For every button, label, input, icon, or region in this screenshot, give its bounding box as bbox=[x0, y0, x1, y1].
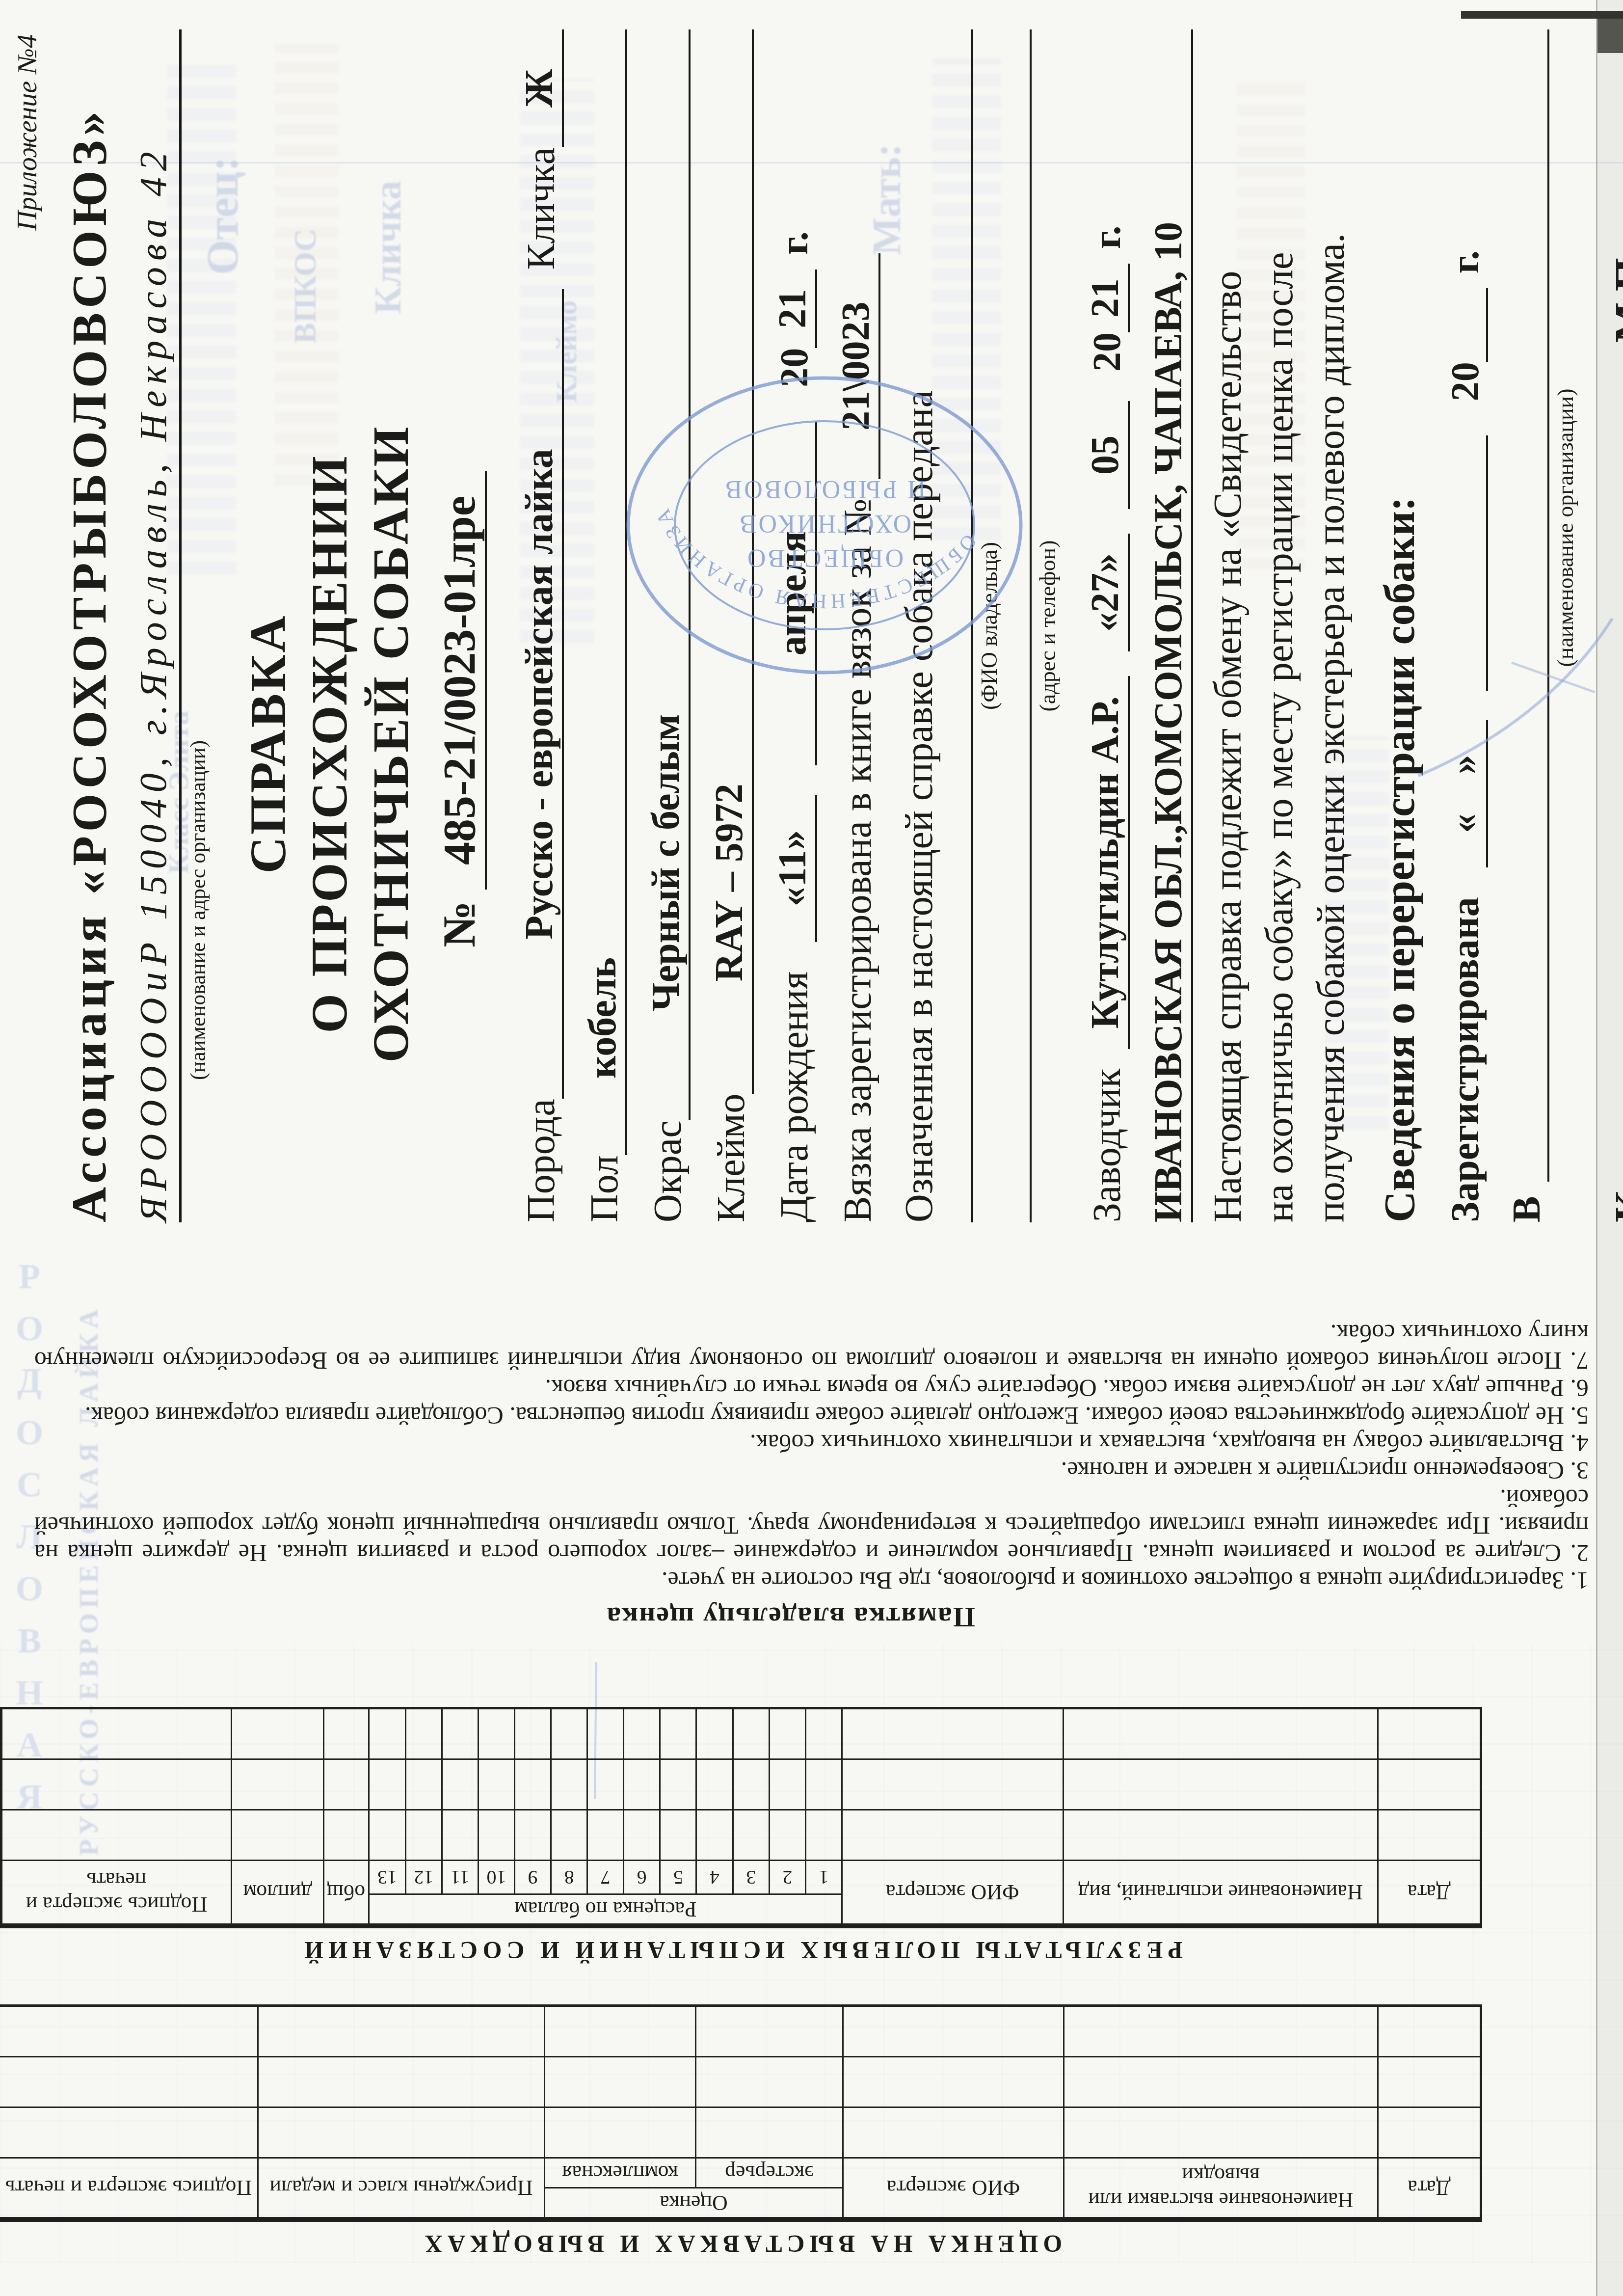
empty-cell bbox=[478, 1810, 514, 1861]
stamp-line1: ОБЩЕСТВО bbox=[745, 544, 904, 572]
empty-cell bbox=[405, 1708, 442, 1759]
empty-cell bbox=[369, 1708, 405, 1759]
empty-cell bbox=[1063, 1759, 1378, 1810]
empty-cell bbox=[696, 2107, 843, 2158]
table-row bbox=[0, 2057, 1481, 2107]
col-exterior: экстерьер bbox=[696, 2158, 843, 2188]
col-expert: ФИО эксперта bbox=[842, 1861, 1063, 1925]
table-row bbox=[1, 1708, 1481, 1759]
empty-cell bbox=[1, 1708, 232, 1759]
col-scores-group: Расценка по баллам bbox=[369, 1894, 842, 1925]
breeder-year-prefix: 20 bbox=[1085, 332, 1130, 401]
empty-cell bbox=[696, 1810, 733, 1861]
empty-cell bbox=[369, 1759, 405, 1810]
score-col-9: 9 bbox=[514, 1861, 551, 1894]
show-grades-table: Дата Наименование выставки или выводки Ф… bbox=[0, 2004, 1482, 2219]
doc-number-sign: № bbox=[434, 901, 485, 947]
score-col-13: 13 bbox=[369, 1861, 405, 1894]
registered-year-prefix: 20 bbox=[1443, 362, 1488, 435]
registered-year-suffix: г. bbox=[1443, 250, 1488, 288]
score-col-2: 2 bbox=[769, 1861, 805, 1894]
empty-cell bbox=[1, 1810, 232, 1861]
breeder-year: 21 bbox=[1083, 264, 1130, 332]
empty-cell bbox=[660, 1708, 696, 1759]
empty-cell bbox=[805, 1810, 842, 1861]
note-line-1: Настоящая справка подлежит обмену на «Св… bbox=[1206, 29, 1251, 1222]
score-col-12: 12 bbox=[405, 1861, 442, 1894]
memo-item-7: 7. После получения собакой оценки на выс… bbox=[34, 1320, 1589, 1375]
empty-cell bbox=[442, 1708, 478, 1759]
memo-item-4: 4. Выставляйте собаку на выводках, выста… bbox=[34, 1430, 1589, 1457]
field-trials-table-panel: РЕЗУЛЬТАТЫ ПОЛЕВЫХ ИСПЫТАНИЙ И СОСТЯЗАНИ… bbox=[0, 1652, 1482, 1972]
col-date: Дата bbox=[1378, 2158, 1481, 2218]
empty-cell bbox=[842, 1759, 1063, 1810]
col-event: Наименование испытаний, вид bbox=[1063, 1861, 1378, 1925]
col-total: общ bbox=[324, 1861, 369, 1925]
empty-cell bbox=[842, 1810, 1063, 1861]
empty-cell bbox=[696, 1708, 733, 1759]
empty-cell bbox=[324, 1759, 369, 1810]
col-signature: Подпись эксперта и печать bbox=[1, 1861, 232, 1925]
empty-cell bbox=[660, 1810, 696, 1861]
col-date: Дата bbox=[1378, 1861, 1481, 1925]
empty-cell bbox=[231, 1708, 323, 1759]
memo-item-1: 1. Зарегистрируйте щенка в обществе охот… bbox=[34, 1567, 1589, 1594]
note-line-3: получения собакой оценки экстерьера и по… bbox=[1309, 29, 1354, 1222]
doc-number-line: № 485-21/0023-01лре bbox=[433, 29, 486, 947]
empty-cell bbox=[696, 1759, 733, 1810]
field-trials-table: Дата Наименование испытаний, вид ФИО экс… bbox=[0, 1707, 1482, 1926]
empty-cell bbox=[231, 1810, 323, 1861]
empty-cell bbox=[733, 1810, 769, 1861]
memo-item-6: 6. Раньше двух лет не допускайте вязки с… bbox=[34, 1375, 1589, 1402]
color-label: Окрас bbox=[646, 1120, 691, 1222]
empty-cell bbox=[587, 1708, 624, 1759]
breeder-row: Заводчик Кутлугильдин А.Р. «27» 05 20 21… bbox=[1083, 29, 1130, 1222]
empty-cell bbox=[733, 1759, 769, 1810]
stamp-line2: ОХОТНИКОВ bbox=[738, 510, 911, 538]
empty-cell bbox=[1378, 1810, 1481, 1861]
empty-cell bbox=[0, 2107, 258, 2158]
col-signature: Подпись эксперта и печать bbox=[0, 2158, 258, 2218]
empty-cell bbox=[1063, 1708, 1378, 1759]
empty-cell bbox=[405, 1759, 442, 1810]
empty-cell bbox=[369, 1810, 405, 1861]
empty-cell bbox=[442, 1759, 478, 1810]
empty-cell bbox=[733, 1708, 769, 1759]
empty-cell bbox=[769, 1708, 805, 1759]
memo-item-5: 5. Не допускайте бродяжничества своей со… bbox=[34, 1402, 1589, 1430]
col-expert: ФИО эксперта bbox=[843, 2158, 1064, 2218]
note-line-2: на охотничью собаку» по месту регистраци… bbox=[1257, 29, 1302, 1222]
empty-cell bbox=[624, 1810, 660, 1861]
empty-cell bbox=[0, 2057, 258, 2107]
show-grades-table-panel: ОЦЕНКА НА ВЫСТАВКАХ И ВЫВОДКАХ Дата Наим… bbox=[0, 1977, 1482, 2265]
doc-title-line2: О ПРОИСХОЖДЕНИИ bbox=[300, 265, 359, 1222]
registered-day: « » bbox=[1441, 720, 1488, 867]
empty-cell bbox=[660, 1759, 696, 1810]
dogname-label: Кличка bbox=[519, 147, 564, 290]
seal-placeholder: М.П. bbox=[1606, 247, 1623, 343]
org-address-caption: (наименование и адрес организации) bbox=[186, 29, 211, 1222]
breeder-day: «27» bbox=[1083, 534, 1130, 651]
empty-cell bbox=[544, 2006, 695, 2057]
dogname-value: Ж bbox=[517, 29, 564, 147]
birth-day: «11» bbox=[771, 795, 817, 942]
empty-cell bbox=[1064, 2107, 1378, 2158]
field-breed-row: Порода Русско - европейская лайка Кличка… bbox=[517, 29, 564, 1222]
col-show: Наименование выставки или выводки bbox=[1064, 2158, 1378, 2218]
empty-cell bbox=[587, 1810, 624, 1861]
org-name-caption: (наименование организации) bbox=[1552, 29, 1578, 1222]
breeder-address-row: ИВАНОВСКАЯ ОБЛ.,КОМСОМОЛЬСК, ЧАПАЕВА, 10 bbox=[1146, 29, 1193, 1222]
org-blank-line bbox=[1505, 29, 1549, 1182]
birth-year: 21 bbox=[771, 270, 817, 348]
breed-value: Русско - европейская лайка bbox=[517, 290, 564, 1099]
score-col-4: 4 bbox=[696, 1861, 733, 1894]
brand-label: Клеймо bbox=[709, 1094, 754, 1222]
empty-cell bbox=[1064, 2006, 1378, 2057]
empty-cell bbox=[696, 2006, 843, 2057]
empty-cell bbox=[478, 1708, 514, 1759]
table-row bbox=[1, 1759, 1481, 1810]
doc-title-line1: СПРАВКА bbox=[239, 265, 297, 1222]
empty-cell bbox=[514, 1759, 551, 1810]
empty-cell bbox=[1378, 2107, 1481, 2158]
table-header-row: Дата Наименование выставки или выводки Ф… bbox=[0, 2188, 1481, 2218]
empty-cell bbox=[478, 1759, 514, 1810]
breed-label: Порода bbox=[519, 1099, 564, 1222]
address-caption: (адрес и телефон) bbox=[1035, 29, 1061, 1222]
reregistration-heading: Сведения о перерегистрации собаки: bbox=[1375, 29, 1425, 1222]
sex-value: кобель bbox=[581, 880, 627, 1155]
memo-panel: Памятка владельцу щенка 1. Зарегистрируй… bbox=[0, 1261, 1623, 1648]
appendix-label: Приложение №4 bbox=[12, 29, 43, 1222]
show-grades-table-title: ОЦЕНКА НА ВЫСТАВКАХ И ВЫВОДКАХ bbox=[0, 2219, 1482, 2265]
table-header-row: Дата Наименование испытаний, вид ФИО экс… bbox=[1, 1894, 1481, 1925]
registered-row: Зарегистрирована « » 20 г. bbox=[1441, 29, 1488, 1222]
score-col-10: 10 bbox=[478, 1861, 514, 1894]
empty-cell bbox=[624, 1759, 660, 1810]
empty-cell bbox=[324, 1708, 369, 1759]
table-row bbox=[0, 2107, 1481, 2158]
empty-cell bbox=[1063, 1810, 1378, 1861]
empty-cell bbox=[769, 1810, 805, 1861]
cynologist-label: Кинолог bbox=[1606, 1055, 1623, 1222]
col-diploma: диплом bbox=[231, 1861, 323, 1925]
registered-year-blank bbox=[1486, 288, 1488, 362]
sex-label: Пол bbox=[583, 1155, 627, 1222]
empty-cell bbox=[258, 2057, 544, 2107]
empty-cell bbox=[843, 2057, 1064, 2107]
empty-cell bbox=[805, 1759, 842, 1810]
breeder-year-suffix: г. bbox=[1085, 226, 1130, 264]
empty-cell bbox=[843, 2107, 1064, 2158]
org-address: ЯРОООООиР 150040, г.Ярославль, Некрасова… bbox=[131, 29, 182, 1222]
empty-cell bbox=[624, 1708, 660, 1759]
empty-cell bbox=[842, 1708, 1063, 1759]
doc-number-value: 485-21/0023-01лре bbox=[434, 471, 487, 890]
empty-cell bbox=[514, 1810, 551, 1861]
empty-cell bbox=[1378, 1708, 1481, 1759]
memo-heading: Памятка владельцу щенка bbox=[34, 1603, 975, 1631]
empty-cell bbox=[514, 1708, 551, 1759]
score-col-7: 7 bbox=[587, 1861, 624, 1894]
empty-cell bbox=[696, 2057, 843, 2107]
empty-cell bbox=[1378, 1759, 1481, 1810]
col-complex: комплексная bbox=[544, 2158, 695, 2188]
empty-cell bbox=[1378, 2057, 1481, 2107]
score-col-1: 1 bbox=[805, 1861, 842, 1894]
empty-cell bbox=[405, 1810, 442, 1861]
association-title: Ассоциация «РОСОХОТРЫБОЛОВСОЮЗ» bbox=[61, 29, 117, 1222]
col-grade-group: Оценка bbox=[544, 2188, 843, 2218]
empty-cell bbox=[0, 2006, 258, 2057]
empty-cell bbox=[231, 1759, 323, 1810]
empty-cell bbox=[551, 1759, 587, 1810]
empty-cell bbox=[843, 2006, 1064, 2057]
empty-cell bbox=[1, 1759, 232, 1810]
col-class-medals: Присуждены класс и медали bbox=[258, 2158, 544, 2218]
round-stamp: ОБЩЕСТВЕННАЯ ОРГАНИЗАЦИЯ ОБЩЕСТВО ОХОТНИ… bbox=[613, 368, 1036, 682]
doc-title-line3: ОХОТНИЧЬЕЙ СОБАКИ bbox=[362, 265, 420, 1222]
breeder-name: Кутлугильдин А.Р. bbox=[1083, 676, 1130, 1049]
score-col-3: 3 bbox=[733, 1861, 769, 1894]
score-col-11: 11 bbox=[442, 1861, 478, 1894]
empty-cell bbox=[769, 1759, 805, 1810]
empty-cell bbox=[551, 1810, 587, 1861]
in-label: В bbox=[1505, 1196, 1549, 1222]
stamp-line3: И РЫБОЛОВОВ bbox=[723, 475, 926, 503]
memo-item-2: 2. Следите за ростом и развитием щенка. … bbox=[34, 1485, 1589, 1567]
birthdate-label: Дата рождения bbox=[772, 972, 817, 1222]
empty-cell bbox=[258, 2107, 544, 2158]
empty-cell bbox=[1064, 2057, 1378, 2107]
score-col-5: 5 bbox=[660, 1861, 696, 1894]
empty-cell bbox=[258, 2006, 544, 2057]
breeder-month: 05 bbox=[1083, 401, 1130, 509]
brand-value: RAY – 5972 bbox=[707, 672, 754, 1094]
memo-item-3: 3. Своевременно приступайте к натаске и … bbox=[34, 1457, 1589, 1485]
breeder-address: ИВАНОВСКАЯ ОБЛ.,КОМСОМОЛЬСК, ЧАПАЕВА, 10 bbox=[1146, 29, 1193, 1222]
score-col-8: 8 bbox=[551, 1861, 587, 1894]
empty-cell bbox=[1378, 2006, 1481, 2057]
empty-cell bbox=[544, 2057, 695, 2107]
table-row bbox=[1, 1810, 1481, 1861]
registered-month-blank bbox=[1486, 435, 1488, 691]
empty-cell bbox=[551, 1708, 587, 1759]
field-trials-table-title: РЕЗУЛЬТАТЫ ПОЛЕВЫХ ИСПЫТАНИЙ И СОСТЯЗАНИ… bbox=[0, 1926, 1482, 1972]
score-col-6: 6 bbox=[624, 1861, 660, 1894]
empty-cell bbox=[544, 2107, 695, 2158]
empty-cell bbox=[805, 1708, 842, 1759]
table-row bbox=[0, 2006, 1481, 2057]
empty-cell bbox=[324, 1810, 369, 1861]
birth-year-suffix: г. bbox=[772, 231, 817, 269]
empty-cell bbox=[587, 1759, 624, 1810]
breeder-label: Заводчик bbox=[1085, 1069, 1130, 1222]
registered-label: Зарегистрирована bbox=[1443, 897, 1488, 1222]
cynologist-row: Кинолог М.П. bbox=[1606, 29, 1623, 1222]
in-org-row: В bbox=[1505, 29, 1549, 1222]
empty-cell bbox=[442, 1810, 478, 1861]
